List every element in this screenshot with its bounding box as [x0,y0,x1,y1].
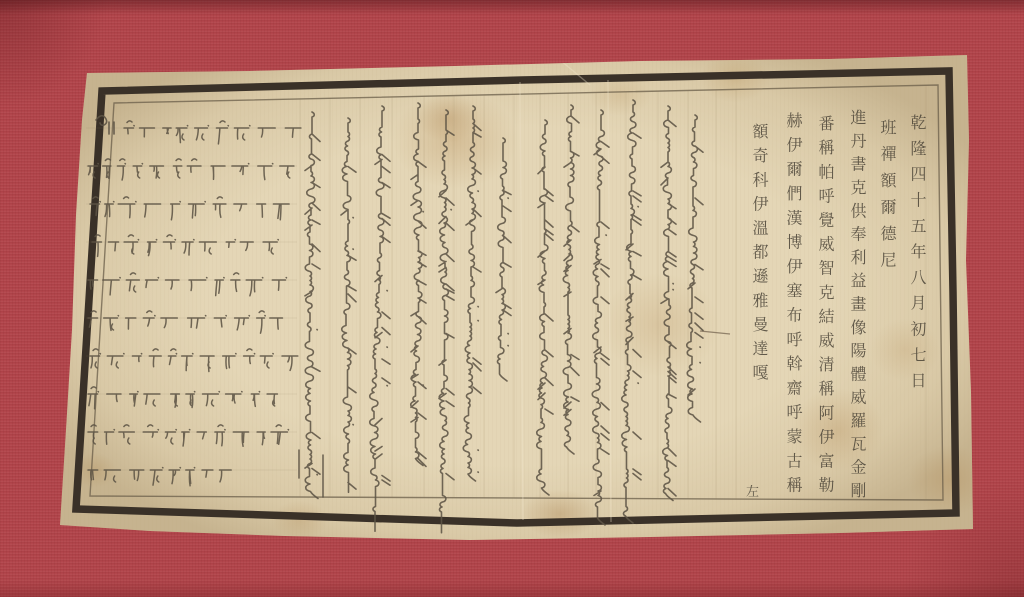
ink-smudge [700,331,730,334]
chinese-column-3: 進丹書克供奉利益畫像陽體威羅瓦金剛 [845,109,869,505]
script-stroke [88,425,289,446]
script-stroke [622,100,641,523]
script-stroke [88,311,283,333]
script-stroke [88,273,287,296]
tibetan-script-block [88,116,301,486]
mongolian-script-block [305,103,511,533]
inscription-panel: 乾隆四十五年八月初七日班禪額爾德尼進丹書克供奉利益畫像陽體威羅瓦金剛番稱帕呼覺威… [0,0,1024,597]
chinese-column-1: 乾隆四十五年八月初七日 [905,114,929,398]
script-stroke [305,112,320,499]
script-stroke [88,159,294,180]
corner-mark: 左 [746,481,759,500]
script-stroke [370,106,390,531]
script-stroke [661,106,676,501]
script-stroke [563,105,579,454]
chinese-column-5: 赫伊爾們漢博伊塞布呼斡齋呼蒙古稱 [781,112,805,500]
red-silk-backing: 乾隆四十五年八月初七日班禪額爾德尼進丹書克供奉利益畫像陽體威羅瓦金剛番稱帕呼覺威… [0,0,1024,597]
chinese-column-4: 番稱帕呼覺威智克結威清稱阿伊富勒 [813,115,837,500]
script-stroke [88,387,277,409]
panel-overlay [0,0,1024,597]
script-stroke [463,106,481,481]
script-stroke [88,468,231,486]
chinese-column-2: 班禪額爾德尼 [875,119,899,278]
script-stroke [439,110,454,533]
script-stroke [90,197,289,220]
script-stroke [341,118,356,492]
script-stroke [90,349,298,372]
script-stroke [496,138,511,381]
script-stroke [687,115,703,422]
script-stroke [124,121,301,144]
manchu-script-block [537,100,703,525]
chinese-column-6: 額奇科伊溫都遜雅曼達嘎 [747,123,771,388]
script-stroke [92,235,278,257]
script-stroke [537,120,553,495]
photo-canvas: { "artifact": { "kind": "quadrilingual i… [0,0,1024,597]
script-stroke [592,110,609,525]
